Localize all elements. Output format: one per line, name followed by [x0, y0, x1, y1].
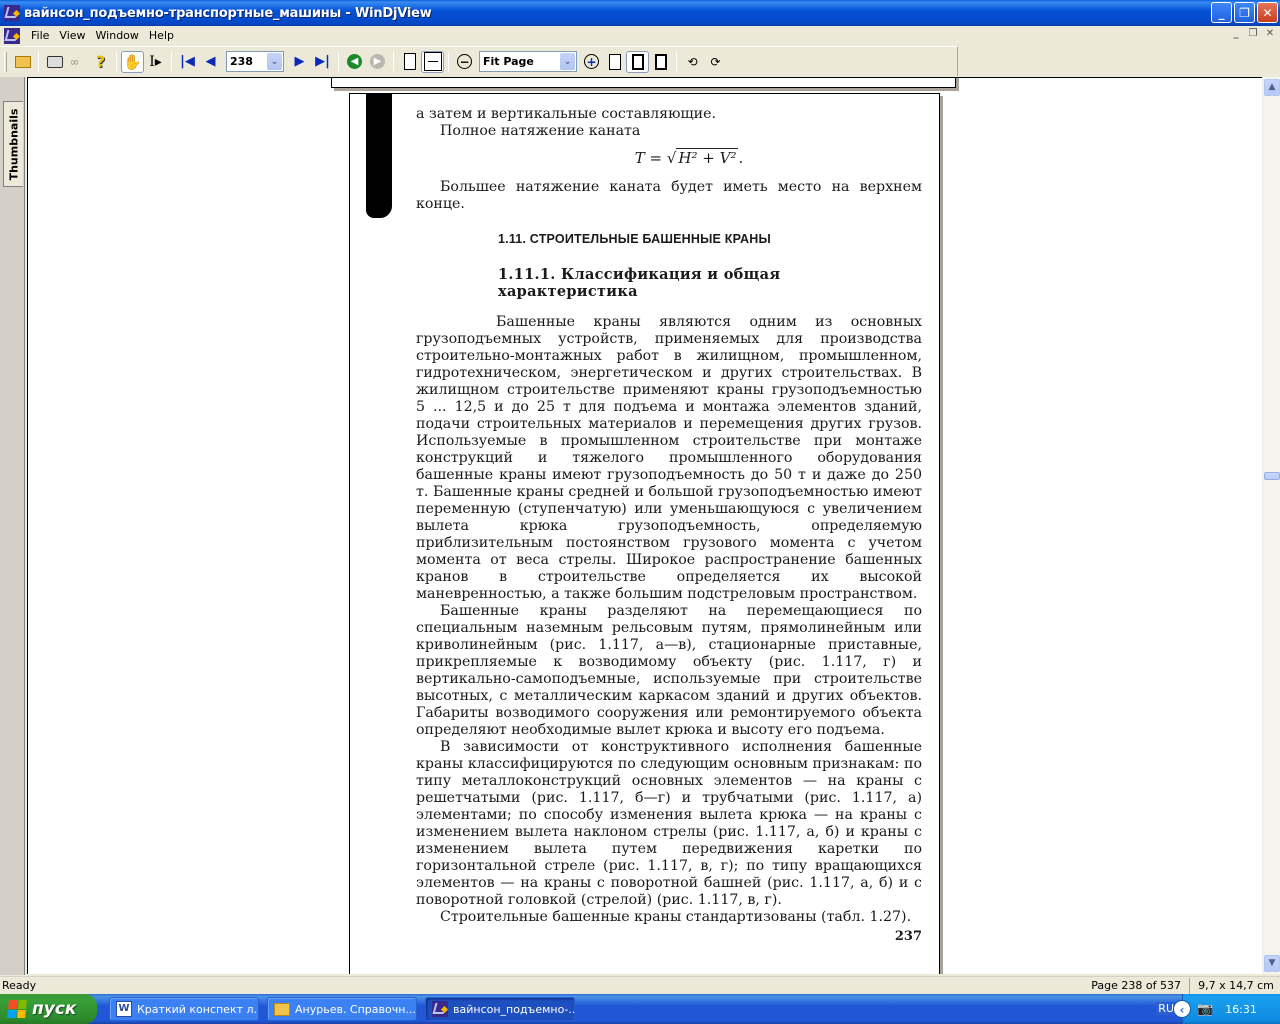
hand-tool-button[interactable]: ✋	[121, 51, 144, 73]
previous-page-icon: ◀	[206, 54, 216, 69]
next-page-button[interactable]: ▶	[288, 51, 311, 73]
start-label: пуск	[32, 999, 76, 1019]
taskbar-item-label: Краткий конспект л...	[137, 1003, 259, 1016]
continuous-button[interactable]	[421, 51, 444, 73]
binoculars-icon: ∞	[70, 57, 86, 67]
paragraph: В зависимости от конструктивного исполне…	[416, 739, 922, 909]
menu-view[interactable]: View	[54, 26, 90, 45]
scroll-down-button[interactable]: ▼	[1264, 955, 1280, 972]
windows-logo-icon	[7, 1000, 27, 1018]
system-tray: ‹ 📷 16:31	[1182, 994, 1280, 1024]
taskbar-item-windjview[interactable]: вайнсон_подъемно-...	[425, 997, 575, 1021]
windjview-icon	[432, 1001, 448, 1017]
page-content: а затем и вертикальные составляющие. Пол…	[416, 106, 922, 945]
toolbar-separator	[116, 52, 117, 72]
display-foreground-icon	[655, 54, 667, 70]
menu-file[interactable]: File	[26, 26, 54, 45]
document-view[interactable]: а затем и вертикальные составляющие. Пол…	[27, 77, 1262, 974]
sidebar: Thumbnails	[0, 77, 25, 975]
vertical-scrollbar[interactable]: ▲ ▼	[1262, 77, 1280, 974]
paragraph: Большее натяжение каната будет иметь мес…	[416, 179, 922, 213]
select-tool-button[interactable]: I▸	[144, 51, 167, 73]
zoom-out-button[interactable]: −	[453, 51, 476, 73]
formula: T = √H² + V².	[416, 150, 922, 167]
toolbar-separator	[171, 52, 172, 72]
rotate-right-icon: ⟳	[710, 55, 720, 69]
display-color-button[interactable]	[603, 51, 626, 73]
document-page: а затем и вертикальные составляющие. Пол…	[349, 93, 940, 974]
section-title: 1.11. СТРОИТЕЛЬНЫЕ БАШЕННЫЕ КРАНЫ	[416, 231, 922, 248]
window-title: вайнсон_подъемно-транспортные_машины - W…	[24, 6, 432, 21]
toolbar-separator	[676, 52, 677, 72]
toolbar-separator	[393, 52, 394, 72]
rotate-left-button[interactable]: ⟲	[681, 51, 704, 73]
rotate-left-icon: ⟲	[687, 55, 697, 69]
formula-end: .	[738, 149, 743, 167]
taskbar-item-label: вайнсон_подъемно-...	[453, 1003, 575, 1016]
display-bw-button[interactable]	[626, 51, 649, 73]
status-bar: Ready Page 238 of 537 9,7 x 14,7 cm	[0, 976, 1280, 994]
forward-icon: ▶	[370, 54, 385, 69]
next-page-icon: ▶	[295, 54, 305, 69]
toolbar-separator	[338, 52, 339, 72]
toolbar-separator	[448, 52, 449, 72]
title-bar[interactable]: вайнсон_подъемно-транспортные_машины - W…	[0, 0, 1280, 26]
paragraph: Башенные краны являются одним из основны…	[416, 314, 922, 603]
formula-lhs: T =	[635, 149, 667, 167]
scroll-thumb[interactable]	[1264, 472, 1280, 480]
taskbar-item-folder[interactable]: Анурьев. Справочн...	[267, 997, 417, 1021]
display-bw-icon	[632, 54, 644, 70]
start-button[interactable]: пуск	[0, 994, 97, 1024]
doc-minimize-button[interactable]: _	[1228, 27, 1244, 41]
taskbar: пуск W Краткий конспект л... Анурьев. Сп…	[0, 994, 1280, 1024]
restore-button[interactable]: ❐	[1234, 2, 1255, 23]
scroll-up-button[interactable]: ▲	[1264, 79, 1280, 96]
show-hidden-icons-button[interactable]: ‹	[1173, 1000, 1191, 1018]
toolbar-grip[interactable]	[4, 52, 7, 72]
printer-icon	[47, 56, 63, 68]
text-line: Полное натяжение каната	[416, 123, 922, 140]
radical-sign: √	[667, 149, 677, 167]
first-page-icon: |◀	[180, 54, 195, 69]
find-button[interactable]: ∞	[66, 51, 89, 73]
printed-page-number: 237	[416, 928, 922, 945]
single-page-icon	[404, 53, 416, 70]
clock[interactable]: 16:31	[1225, 1003, 1257, 1016]
tab-thumbnails[interactable]: Thumbnails	[3, 101, 23, 187]
page-number-combo[interactable]: 238 ⌄	[226, 51, 284, 72]
taskbar-item-word[interactable]: W Краткий конспект л...	[109, 997, 259, 1021]
toolbar-separator	[38, 52, 39, 72]
toolbar: ∞ ? ✋ I▸ |◀ ◀ 238 ⌄ ▶ ▶| ◀ ▶ − Fit Page …	[0, 46, 958, 76]
chevron-down-icon[interactable]: ⌄	[560, 53, 575, 70]
menu-help[interactable]: Help	[144, 26, 179, 45]
last-page-icon: ▶|	[315, 54, 330, 69]
zoom-in-icon: +	[584, 54, 599, 69]
windjview-app-icon[interactable]	[4, 5, 20, 21]
scan-artifact	[366, 94, 392, 218]
taskbar-item-label: Анурьев. Справочн...	[295, 1003, 416, 1016]
zoom-out-icon: −	[457, 54, 472, 69]
print-button[interactable]	[43, 51, 66, 73]
formula-radicand: H² + V²	[676, 148, 738, 167]
open-button[interactable]	[11, 51, 34, 73]
rotate-right-button[interactable]: ⟳	[704, 51, 727, 73]
paragraph: Строительные башенные краны стандартизов…	[416, 909, 922, 926]
close-button[interactable]: ✕	[1257, 2, 1278, 23]
subsection-title: 1.11.1. Классификация и общая характерис…	[416, 266, 922, 300]
zoom-in-button[interactable]: +	[580, 51, 603, 73]
previous-page-edge	[331, 77, 956, 88]
back-icon: ◀	[347, 54, 362, 69]
menu-bar: File View Window Help _ ❐ ✕	[0, 26, 1280, 45]
single-page-button[interactable]	[398, 51, 421, 73]
page-number-value: 238	[230, 55, 253, 68]
windjview-window: вайнсон_подъемно-транспортные_машины - W…	[0, 0, 1280, 1024]
display-color-icon	[609, 54, 621, 70]
continuous-icon	[424, 52, 442, 71]
text-select-icon: I▸	[149, 54, 162, 70]
status-text: Ready	[2, 979, 36, 992]
hand-tool-icon: ✋	[123, 53, 142, 71]
minimize-button[interactable]: _	[1211, 2, 1232, 23]
back-button[interactable]: ◀	[343, 51, 366, 73]
about-button[interactable]: ?	[89, 51, 112, 73]
document-window-controls: _ ❐ ✕	[1228, 27, 1278, 41]
text-line: а затем и вертикальные составляющие.	[416, 106, 922, 123]
previous-page-button[interactable]: ◀	[199, 51, 222, 73]
tab-thumbnails-label: Thumbnails	[7, 108, 20, 180]
folder-icon	[274, 1003, 290, 1016]
chevron-down-icon[interactable]: ⌄	[267, 53, 282, 70]
forward-button[interactable]: ▶	[366, 51, 389, 73]
doc-close-button[interactable]: ✕	[1262, 27, 1278, 41]
menu-window[interactable]: Window	[91, 26, 144, 45]
camera-tray-icon[interactable]: 📷	[1197, 1002, 1213, 1017]
help-icon: ?	[96, 52, 105, 71]
page-size: 9,7 x 14,7 cm	[1196, 978, 1276, 994]
word-document-icon: W	[116, 1001, 132, 1017]
zoom-combo[interactable]: Fit Page ⌄	[479, 51, 577, 72]
doc-restore-button[interactable]: ❐	[1245, 27, 1261, 41]
zoom-value: Fit Page	[483, 55, 534, 68]
window-controls: _ ❐ ✕	[1211, 2, 1278, 23]
last-page-button[interactable]: ▶|	[311, 51, 334, 73]
paragraph: Башенные краны разделяют на перемещающие…	[416, 603, 922, 739]
folder-open-icon	[15, 56, 31, 68]
document-system-menu-icon[interactable]	[4, 28, 20, 44]
first-page-button[interactable]: |◀	[176, 51, 199, 73]
page-info: Page 238 of 537	[1040, 978, 1190, 994]
display-foreground-button[interactable]	[649, 51, 672, 73]
